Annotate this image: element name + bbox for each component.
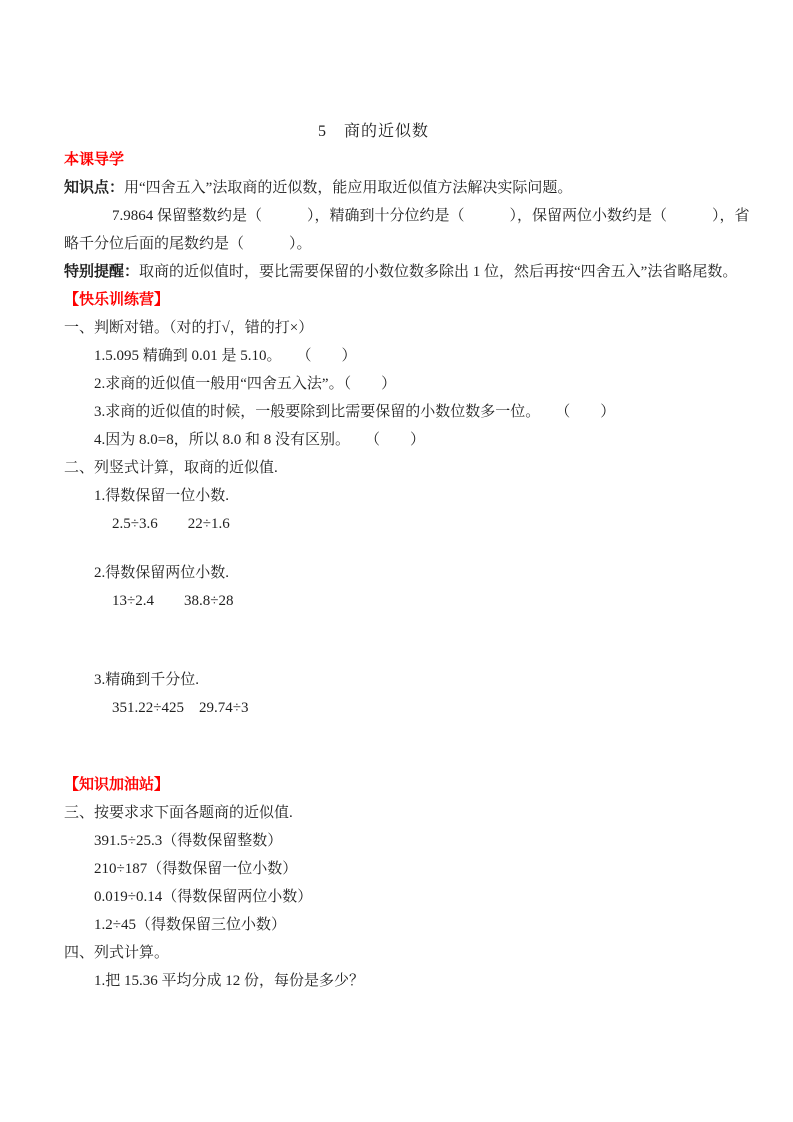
lead-section-header: 本课导学	[64, 146, 763, 174]
part2-sub1-label: 1.得数保留一位小数.	[64, 482, 763, 510]
judgment-item-1: 1.5.095 精确到 0.01 是 5.10。 （ ）	[64, 342, 763, 370]
page-title: 5 商的近似数	[24, 118, 723, 146]
knowledge-point-label: 知识点：	[64, 180, 124, 196]
division-problem-3: 0.019÷0.14（得数保留两位小数）	[64, 883, 763, 911]
judgment-item-2: 2.求商的近似值一般用“四舍五入法”。（ ）	[64, 370, 763, 398]
special-reminder-line: 特别提醒：取商的近似值时，要比需要保留的小数位数多除出 1 位，然后再按“四舍五…	[64, 258, 763, 286]
knowledge-point-line: 知识点：用“四舍五入”法取商的近似数，能应用取近似值方法解决实际问题。	[64, 174, 763, 202]
judgment-item-4: 4.因为 8.0=8，所以 8.0 和 8 没有区别。 （ ）	[64, 426, 763, 454]
special-reminder-label: 特别提醒：	[64, 264, 139, 280]
part1-title: 一、判断对错。（对的打√，错的打×）	[64, 314, 763, 342]
part2-title: 二、列竖式计算，取商的近似值.	[64, 454, 763, 482]
worksheet-page: 5 商的近似数 本课导学 知识点：用“四舍五入”法取商的近似数，能应用取近似值方…	[0, 0, 793, 1122]
part2-sub3-expressions: 351.22÷425 29.74÷3	[64, 694, 763, 722]
judgment-item-3: 3.求商的近似值的时候，一般要除到比需要保留的小数位数多一位。 （ ）	[64, 398, 763, 426]
division-problem-1: 391.5÷25.3（得数保留整数）	[64, 827, 763, 855]
fill-blank-line-2: 略千分位后面的尾数约是（ ）。	[64, 230, 763, 258]
word-problem-1: 1.把 15.36 平均分成 12 份，每份是多少？	[64, 967, 763, 995]
training-section-header: 【快乐训练营】	[64, 286, 763, 314]
part4-title: 四、列式计算。	[64, 939, 763, 967]
fill-blank-line-1: 7.9864 保留整数约是（ ），精确到十分位约是（ ），保留两位小数约是（ ）…	[64, 202, 763, 230]
part2-sub2-expressions: 13÷2.4 38.8÷28	[64, 587, 763, 615]
division-problem-2: 210÷187（得数保留一位小数）	[64, 855, 763, 883]
part2-sub3-label: 3.精确到千分位.	[64, 666, 763, 694]
part3-title: 三、按要求求下面各题商的近似值.	[64, 799, 763, 827]
special-reminder-text: 取商的近似值时，要比需要保留的小数位数多除出 1 位，然后再按“四舍五入”法省略…	[139, 264, 737, 280]
part2-sub2-label: 2.得数保留两位小数.	[64, 559, 763, 587]
knowledge-point-text: 用“四舍五入”法取商的近似数，能应用取近似值方法解决实际问题。	[124, 180, 572, 196]
part2-sub1-expressions: 2.5÷3.6 22÷1.6	[64, 510, 763, 538]
boost-section-header: 【知识加油站】	[64, 771, 763, 799]
division-problem-4: 1.2÷45（得数保留三位小数）	[64, 911, 763, 939]
